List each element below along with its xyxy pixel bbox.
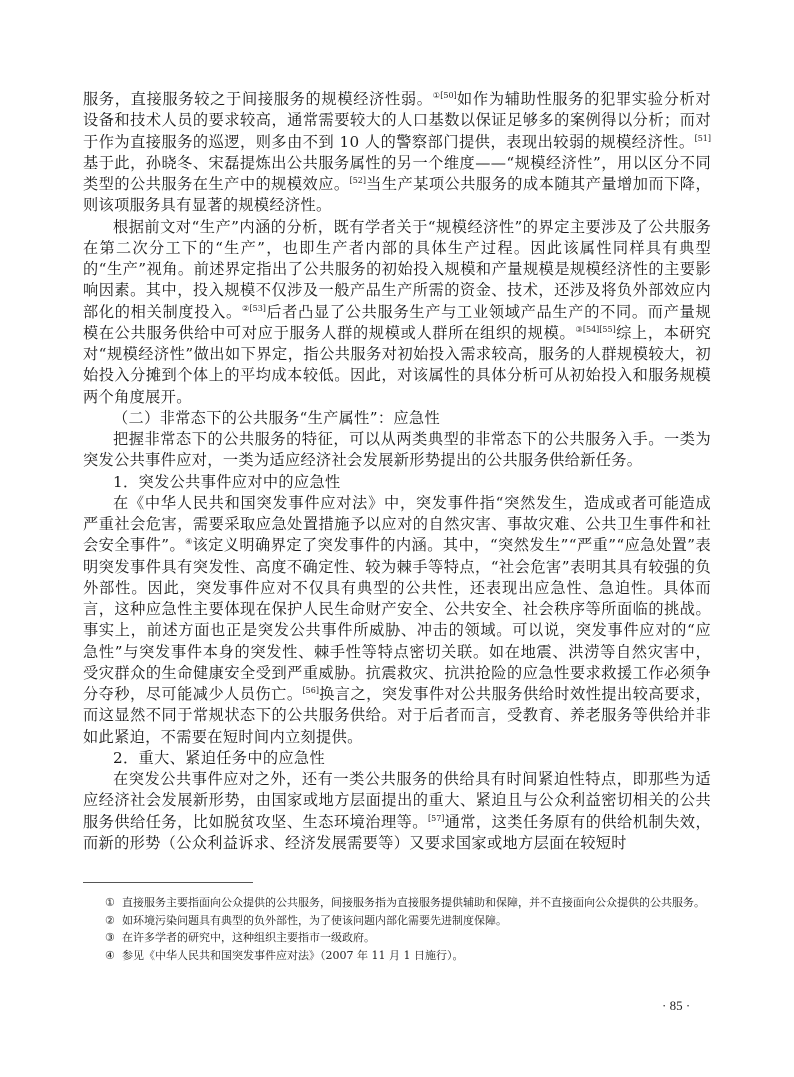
citation-marker: ②[53] [242,304,266,313]
section-heading: 2．重大、紧迫任务中的应急性 [83,748,711,769]
footnote-divider [83,882,253,883]
footnote-marker: ④ [105,947,122,965]
paragraph: 在突发公共事件应对之外，还有一类公共服务的供给具有时间紧迫性特点，即那些为适应经… [83,769,711,854]
body-text: 服务，直接服务较之于间接服务的规模经济性弱。①[50]如作为辅助性服务的犯罪实验… [83,89,711,854]
text-run: 该定义明确界定了突发事件的内涵。其中，“突然发生”“严重”“应急处置”表明突发事… [83,536,711,703]
paragraph: 在《中华人民共和国突发事件应对法》中，突发事件指“突然发生，造成或者可能造成严重… [83,493,711,748]
footnote-text: 直接服务主要指面向公众提供的公共服务，间接服务指为直接服务提供辅助和保障，并不直… [122,894,711,912]
footnote-2: ② 如环境污染问题具有典型的负外部性，为了使该问题内部化需要先进制度保障。 [105,912,711,930]
citation-marker: ③[54][55] [575,325,615,334]
section-heading: 1．突发公共事件应对中的应急性 [83,472,711,493]
section-heading: （二）非常态下的公共服务“生产属性”：应急性 [83,408,711,429]
page-number: · 85 · [662,998,690,1014]
footnote-marker: ③ [105,929,122,947]
citation-marker: ①[50] [433,91,457,100]
citation-marker: [57] [428,814,444,823]
footnote-marker: ① [105,894,122,912]
footnote-4: ④ 参见《中华人民共和国突发事件应对法》（2007 年 11 月 1 日施行）。 [105,947,711,965]
footnote-marker: ② [105,912,122,930]
text-run: 服务，直接服务较之于间接服务的规模经济性弱。 [83,90,433,108]
footnote-text: 在许多学者的研究中，这种组织主要指市一级政府。 [122,929,711,947]
citation-marker: [51] [695,134,711,143]
paragraph: 把握非常态下的公共服务的特征，可以从两类典型的非常态下的公共服务入手。一类为突发… [83,429,711,472]
footnotes: ① 直接服务主要指面向公众提供的公共服务，间接服务指为直接服务提供辅助和保障，并… [105,894,711,964]
text-run: 把握非常态下的公共服务的特征，可以从两类典型的非常态下的公共服务入手。一类为突发… [83,430,711,469]
citation-marker: [56] [303,686,319,695]
paragraph: 根据前文对“生产”内涵的分析，既有学者关于“规模经济性”的界定主要涉及了公共服务… [83,217,711,408]
footnote-1: ① 直接服务主要指面向公众提供的公共服务，间接服务指为直接服务提供辅助和保障，并… [105,894,711,912]
footnote-text: 参见《中华人民共和国突发事件应对法》（2007 年 11 月 1 日施行）。 [122,947,711,965]
footnote-text: 如环境污染问题具有典型的负外部性，为了使该问题内部化需要先进制度保障。 [122,912,711,930]
paragraph: 服务，直接服务较之于间接服务的规模经济性弱。①[50]如作为辅助性服务的犯罪实验… [83,89,711,217]
citation-marker: [52] [350,176,366,185]
footnote-3: ③ 在许多学者的研究中，这种组织主要指市一级政府。 [105,929,711,947]
